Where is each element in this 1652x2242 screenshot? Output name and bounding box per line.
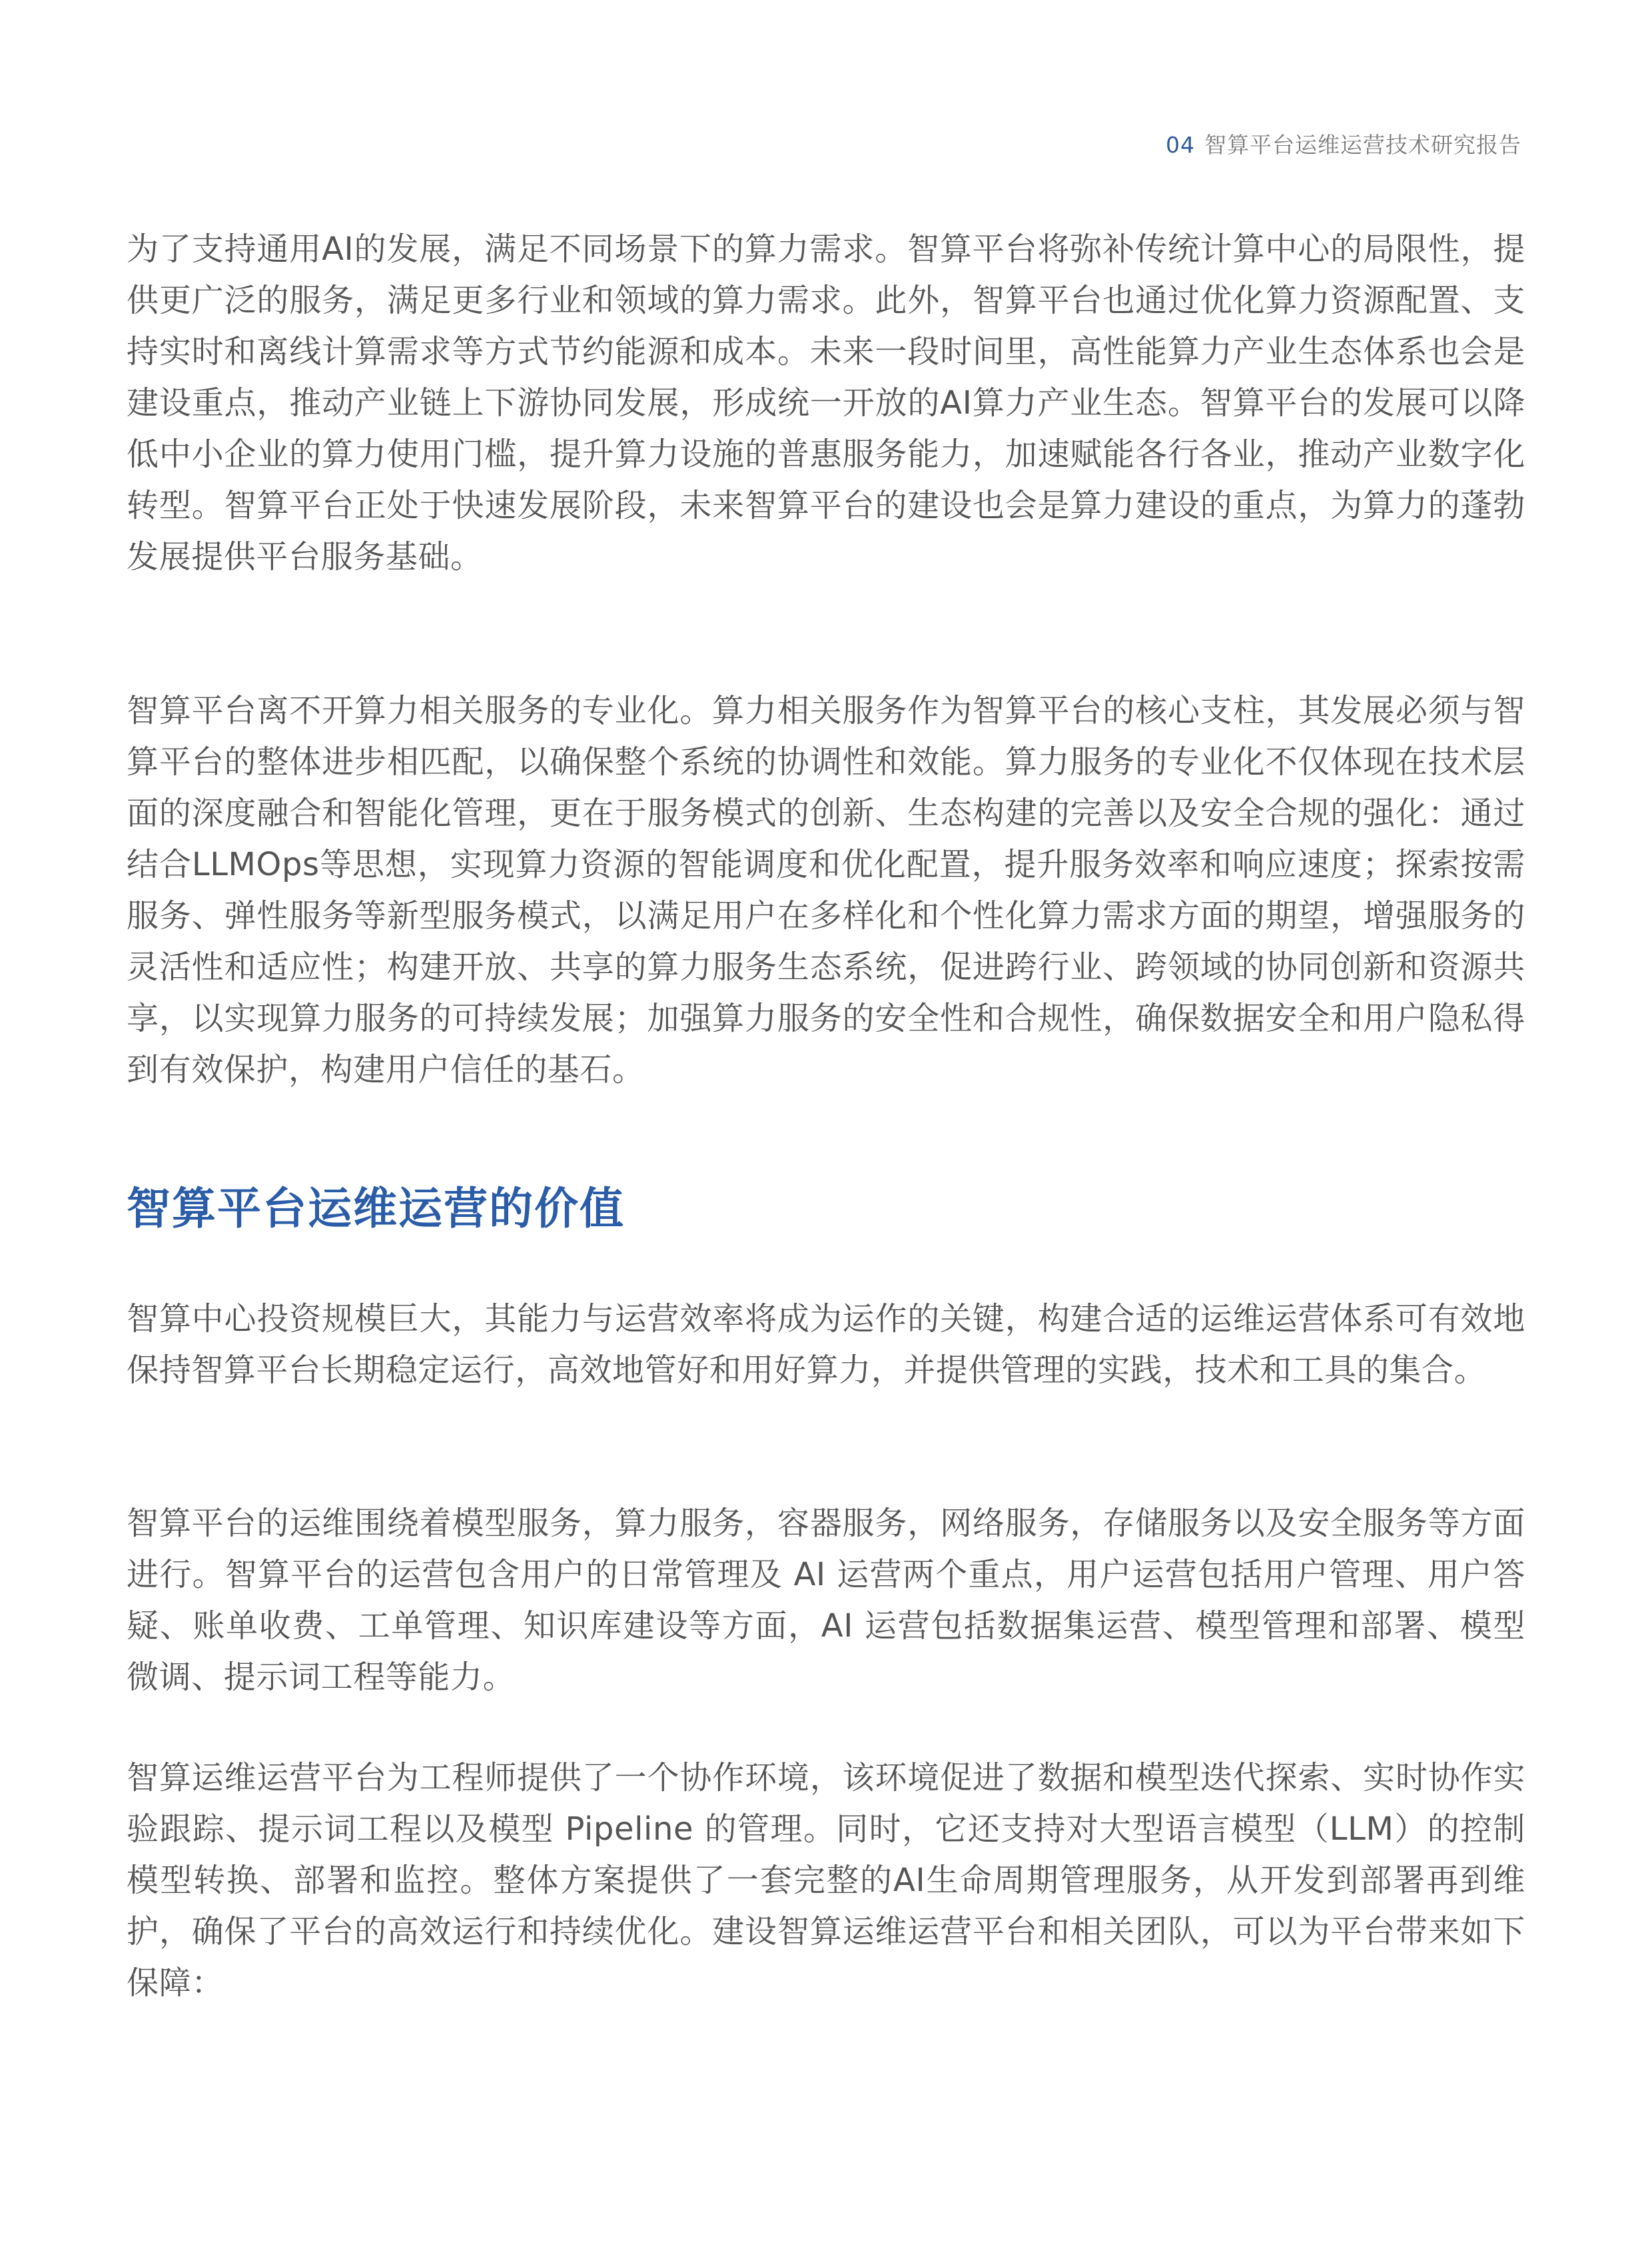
paragraph-service-specialization: 智算平台离不开算力相关服务的专业化。算力相关服务作为智算平台的核心支柱，其发展必… [127, 685, 1525, 1096]
running-header: 04智算平台运维运营技术研究报告 [1166, 125, 1521, 165]
chapter-number: 04 [1166, 132, 1195, 158]
paragraph-ai-compute-demand: 为了支持通用AI的发展，满足不同场景下的算力需求。智算平台将弥补传统计算中心的局… [127, 224, 1525, 583]
section-heading: 智算平台运维运营的价值 [127, 1179, 625, 1239]
paragraph-investment-scale: 智算中心投资规模巨大，其能力与运营效率将成为运作的关键，构建合适的运维运营体系可… [127, 1294, 1525, 1396]
paragraph-platform-collaboration: 智算运维运营平台为工程师提供了一个协作环境，该环境促进了数据和模型迭代探索、实时… [127, 1752, 1525, 2009]
paragraph-ops-scope: 智算平台的运维围绕着模型服务，算力服务，容器服务，网络服务，存储服务以及安全服务… [127, 1498, 1525, 1703]
report-title: 智算平台运维运营技术研究报告 [1204, 132, 1521, 158]
